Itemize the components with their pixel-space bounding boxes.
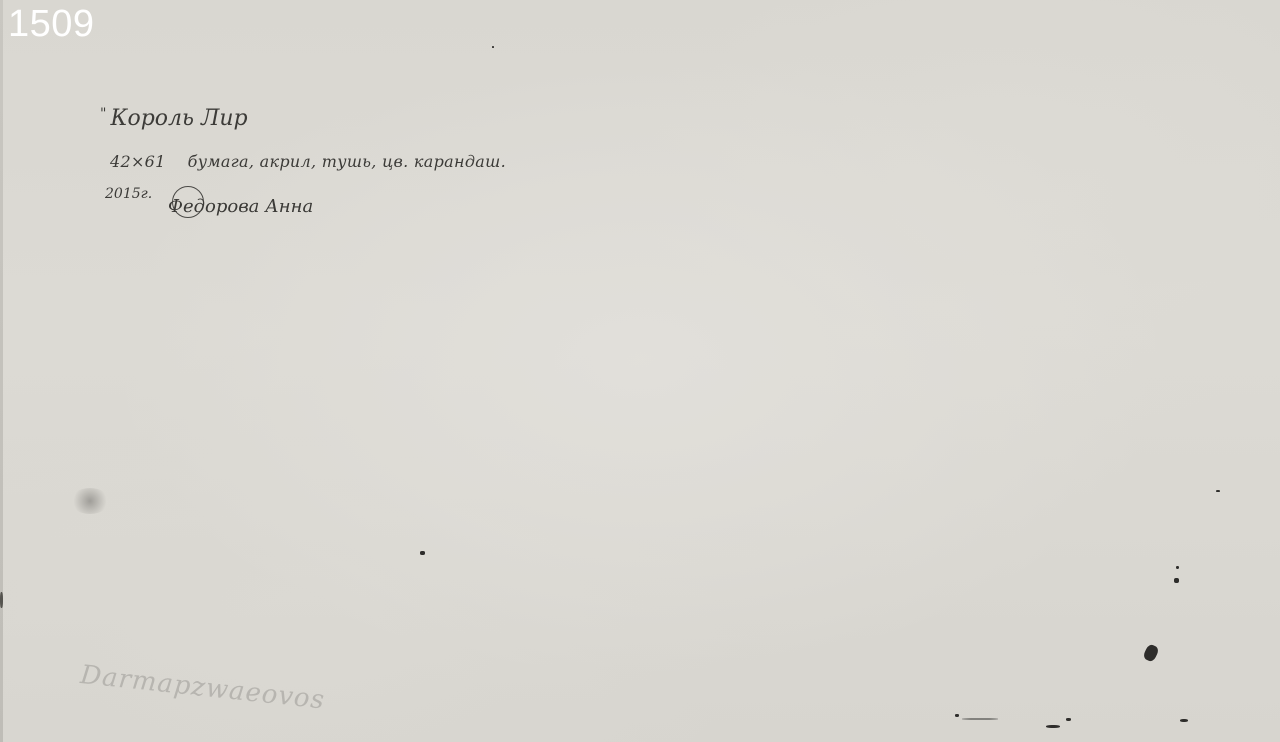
materials: бумага, акрил, тушь, цв. карандаш. [188,152,506,171]
ink-streak [962,718,998,720]
signature: Федорова Анна [168,196,313,217]
ink-speck [1046,725,1060,728]
ink-speck [492,46,494,48]
artwork-specs: 42×61бумага, акрил, тушь, цв. карандаш. [110,152,506,171]
title-text: Король Лир [110,106,247,131]
year: 2015г. [105,186,152,202]
ink-speck [955,714,959,717]
title-quote-mark: " [100,106,106,122]
ink-speck [420,551,425,555]
ink-speck [1176,566,1179,569]
stain-mark [70,488,110,514]
lot-number: 1509 [8,2,95,46]
dimensions: 42×61 [110,152,166,171]
ink-speck [1180,719,1188,722]
paper-edge [0,0,3,742]
ink-speck [1174,578,1179,583]
edge-mark [0,592,3,608]
ink-speck [1216,490,1220,492]
artwork-title: "Король Лир [100,106,248,131]
ink-speck [1066,718,1071,721]
